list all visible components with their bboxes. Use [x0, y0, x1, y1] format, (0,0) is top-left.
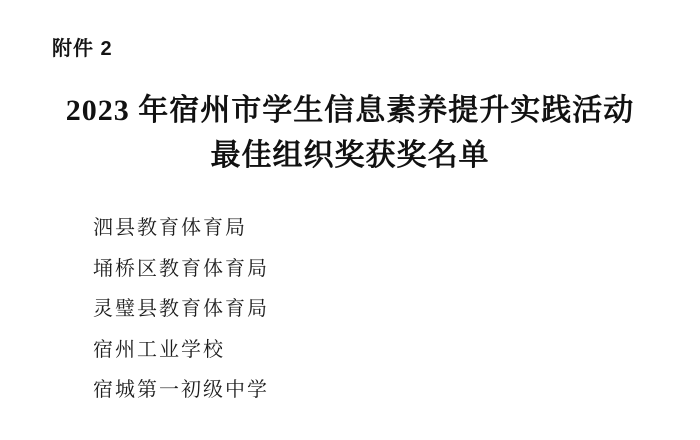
title-line-2: 最佳组织奖获奖名单 [0, 133, 700, 178]
list-item: 灵璧县教育体育局 [93, 289, 269, 330]
document-page: 附件 2 2023 年宿州市学生信息素养提升实践活动 最佳组织奖获奖名单 泗县教… [0, 0, 700, 440]
list-item: 泗县教育体育局 [93, 208, 269, 249]
attachment-label: 附件 2 [52, 32, 113, 61]
list-item: 宿州工业学校 [93, 330, 269, 371]
document-title: 2023 年宿州市学生信息素养提升实践活动 最佳组织奖获奖名单 [0, 88, 700, 178]
list-item: 埇桥区教育体育局 [93, 249, 269, 290]
winner-list: 泗县教育体育局 埇桥区教育体育局 灵璧县教育体育局 宿州工业学校 宿城第一初级中… [93, 208, 269, 411]
title-line-1: 2023 年宿州市学生信息素养提升实践活动 [0, 88, 700, 133]
list-item: 宿城第一初级中学 [93, 370, 269, 411]
